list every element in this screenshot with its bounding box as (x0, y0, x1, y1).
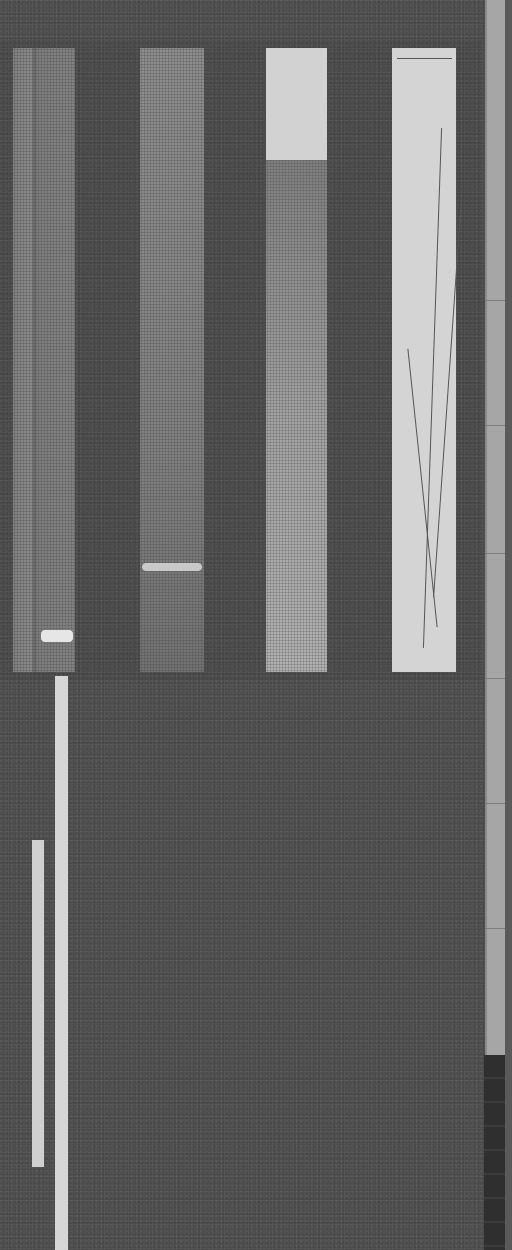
crack (397, 58, 452, 59)
curb-joint (485, 300, 505, 301)
lane-line-long (55, 676, 68, 1250)
crack (423, 128, 442, 648)
curb-joint (485, 678, 505, 679)
crosswalk-stripe-worn-1 (13, 48, 75, 672)
curb-joint (485, 803, 505, 804)
crosswalk-stripe-worn-2 (140, 48, 204, 672)
lane-line-short (32, 840, 44, 1167)
paint-patch (142, 563, 202, 571)
curb-joint (485, 553, 505, 554)
curb-joint (485, 928, 505, 929)
sidewalk-edge (505, 0, 512, 1250)
crosswalk-stripe-partial (266, 48, 327, 672)
paint-patch (41, 630, 73, 642)
crosswalk-stripe-cracked (392, 48, 456, 672)
curb (485, 0, 507, 1055)
curb-joint (485, 425, 505, 426)
road-aerial-photo (0, 0, 512, 1250)
